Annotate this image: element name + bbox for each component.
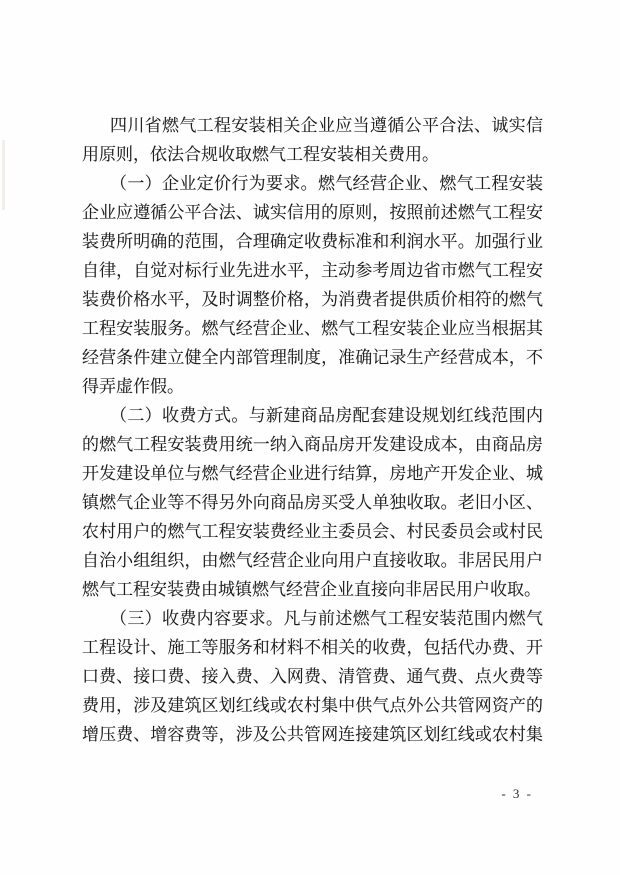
document-body: 四川省燃气工程安装相关企业应当遵循公平合法、诚实信 用原则，依法合规收取燃气工程…	[82, 111, 543, 749]
paragraph-first-line: （三）收费内容要求。凡与前述燃气工程安装范围内燃气	[82, 604, 543, 633]
text-line: 自律，自觉对标行业先进水平，主动参考周边省市燃气工程安	[82, 256, 543, 285]
scan-artifact	[2, 140, 5, 210]
text-line: 费用，涉及建筑区划红线或农村集中供气点外公共管网资产的	[82, 691, 543, 720]
text-line: 得弄虚作假。	[82, 372, 543, 401]
text-line: 的燃气工程安装费用统一纳入商品房开发建设成本，由商品房	[82, 430, 543, 459]
text-line: 增压费、增容费等，涉及公共管网连接建筑区划红线或农村集	[82, 720, 543, 749]
text-line: 燃气工程安装费由城镇燃气经营企业直接向非居民用户收取。	[82, 575, 543, 604]
page-number: - 3 -	[0, 786, 533, 802]
text-line: 自治小组组织，由燃气经营企业向用户直接收取。非居民用户	[82, 546, 543, 575]
text-line: 用原则，依法合规收取燃气工程安装相关费用。	[82, 140, 543, 169]
text-line: 装费价格水平，及时调整价格，为消费者提供质价相符的燃气	[82, 285, 543, 314]
text-line: 工程设计、施工等服务和材料不相关的收费，包括代办费、开	[82, 633, 543, 662]
document-page: 四川省燃气工程安装相关企业应当遵循公平合法、诚实信 用原则，依法合规收取燃气工程…	[0, 0, 620, 875]
text-line: 口费、接口费、接入费、入网费、清管费、通气费、点火费等	[82, 662, 543, 691]
paragraph-first-line: （二）收费方式。与新建商品房配套建设规划红线范围内	[82, 401, 543, 430]
text-line: 镇燃气企业等不得另外向商品房买受人单独收取。老旧小区、	[82, 488, 543, 517]
text-line: 四川省燃气工程安装相关企业应当遵循公平合法、诚实信	[82, 111, 543, 140]
text-line: 装费所明确的范围，合理确定收费标准和利润水平。加强行业	[82, 227, 543, 256]
paragraph-first-line: （一）企业定价行为要求。燃气经营企业、燃气工程安装	[82, 169, 543, 198]
text-line: 经营条件建立健全内部管理制度，准确记录生产经营成本，不	[82, 343, 543, 372]
text-line: 工程安装服务。燃气经营企业、燃气工程安装企业应当根据其	[82, 314, 543, 343]
text-line: 农村用户的燃气工程安装费经业主委员会、村民委员会或村民	[82, 517, 543, 546]
text-line: 企业应遵循公平合法、诚实信用的原则，按照前述燃气工程安	[82, 198, 543, 227]
text-line: 开发建设单位与燃气经营企业进行结算，房地产开发企业、城	[82, 459, 543, 488]
